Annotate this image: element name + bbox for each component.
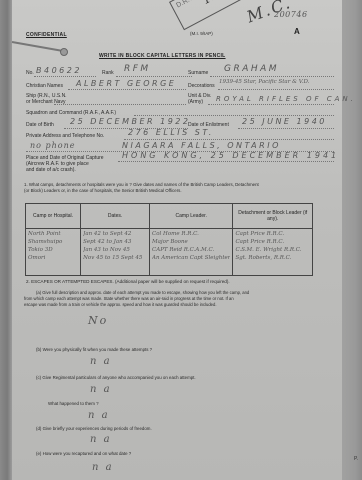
phone-note: no phone — [30, 141, 76, 150]
instruction-heading: WRITE IN BLOCK CAPITAL LETTERS IN PENCIL — [99, 53, 226, 59]
capture-value: HONG KONG, 25 DECEMBER 1941 — [122, 151, 339, 160]
block-leader-column: Capt Price R.R.C. Capt Price R.R.C. C.S.… — [233, 229, 313, 276]
answer-2b: n a — [90, 356, 112, 367]
back-page-fragment: P. — [354, 456, 358, 462]
file-number: 200746 — [274, 10, 308, 19]
leader-column: Col Home R.R.C. Major Boone CAPT Reid R.… — [150, 229, 233, 276]
answer-2d: n a — [90, 434, 112, 445]
unit-value: ROYAL RIFLES OF CAN. — [216, 95, 356, 103]
answer-2c-fate: n a — [88, 410, 110, 421]
section-letter: A — [294, 27, 300, 36]
answer-2a: No — [88, 314, 108, 327]
decorations-value: 1939-45 Star, Pacific Star & V.D. — [219, 79, 309, 85]
column-header: Detachment or Block Leader (if any). — [233, 204, 313, 229]
column-header: Dates. — [81, 204, 150, 229]
camp-column: North Point Shamshuipo Tokio 3D Omori — [26, 229, 81, 276]
stamp-number: 176 — [201, 0, 226, 7]
question-2-heading: 2. ESCAPES OR ATTEMPTED ESCAPES. (Additi… — [26, 279, 230, 285]
classification-label: CONFIDENTIAL — [26, 32, 67, 38]
camps-table: Camp or Hospital. Dates. Camp Leader. De… — [25, 203, 313, 276]
answer-2e: n a — [92, 462, 114, 473]
table-row: North Point Shamshuipo Tokio 3D Omori Ja… — [26, 229, 313, 276]
pow-questionnaire-page: D.R.C. No. 176 (M.I. 9/IAP) M.C. 200746 … — [12, 0, 342, 480]
date-of-birth-value: 25 DECEMBER 1922 — [70, 117, 190, 126]
binding-eyelet — [60, 48, 68, 56]
christian-names-value: ALBERT GEORGE — [76, 79, 176, 88]
surname-value: GRAHAM — [224, 64, 279, 74]
dates-column: Jan 42 to Sept 42 Sept 42 to Jan 43 Jan … — [81, 229, 150, 276]
enlistment-value: 25 JUNE 1940 — [242, 117, 327, 126]
received-stamp: D.R.C. No. 176 — [169, 0, 242, 30]
address-line1-value: 276 ELLIS ST. — [128, 128, 214, 137]
column-header: Camp Leader. — [150, 204, 233, 229]
binding-string — [12, 41, 66, 52]
form-code: (M.I. 9/IAP) — [190, 31, 213, 37]
address-line2-value: NIAGARA FALLS, ONTARIO — [122, 141, 281, 150]
rank-value: RFM — [124, 64, 151, 74]
scan-left-edge — [0, 0, 12, 480]
service-number-value: B40622 — [36, 66, 82, 75]
column-header: Camp or Hospital. — [26, 204, 81, 229]
answer-2c: n a — [90, 384, 112, 395]
